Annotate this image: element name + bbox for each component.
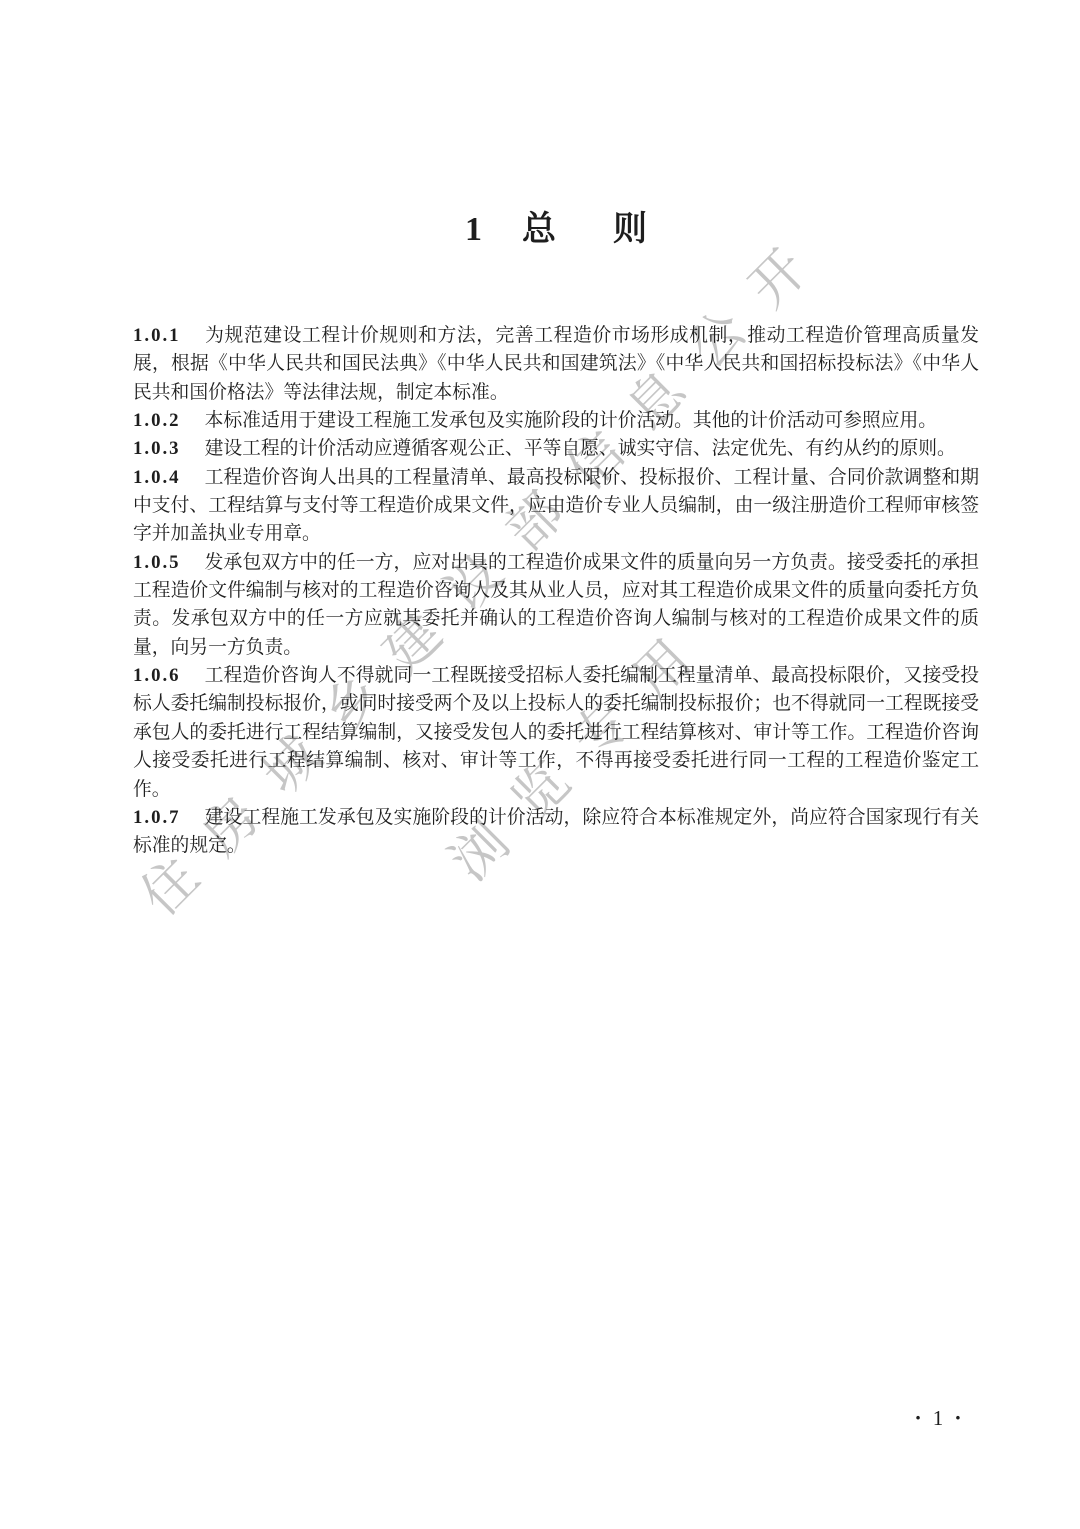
chapter-number: 1 (465, 211, 482, 248)
page-number-right-dot: · (954, 1405, 961, 1430)
clause-1-0-6: 1.0.6工程造价咨询人不得就同一工程既接受招标人委托编制工程量清单、最高投标限… (133, 662, 979, 804)
clause-label: 1.0.1 (133, 325, 181, 346)
page-number: ·1· (893, 1403, 983, 1433)
clause-1-0-4: 1.0.4工程造价咨询人出具的工程量清单、最高投标限价、投标报价、工程计量、合同… (133, 464, 979, 549)
clause-text: 工程造价咨询人不得就同一工程既接受招标人委托编制工程量清单、最高投标限价，又接受… (133, 665, 979, 799)
clause-text: 本标准适用于建设工程施工发承包及实施阶段的计价活动。其他的计价活动可参照应用。 (205, 410, 937, 431)
clause-1-0-1: 1.0.1为规范建设工程计价规则和方法，完善工程造价市场形成机制，推动工程造价管… (133, 322, 979, 407)
clause-text: 发承包双方中的任一方，应对出具的工程造价成果文件的质量向另一方负责。接受委托的承… (133, 552, 979, 658)
page-number-value: 1 (933, 1406, 944, 1430)
clause-label: 1.0.3 (133, 438, 181, 459)
clause-text: 建设工程施工发承包及实施阶段的计价活动，除应符合本标准规定外，尚应符合国家现行有… (133, 807, 979, 856)
clause-1-0-3: 1.0.3建设工程的计价活动应遵循客观公正、平等自愿、诚实守信、法定优先、有约从… (133, 435, 979, 463)
clause-1-0-7: 1.0.7建设工程施工发承包及实施阶段的计价活动，除应符合本标准规定外，尚应符合… (133, 804, 979, 861)
clause-label: 1.0.6 (133, 665, 181, 686)
clause-text: 为规范建设工程计价规则和方法，完善工程造价市场形成机制，推动工程造价管理高质量发… (133, 325, 979, 403)
clause-label: 1.0.4 (133, 467, 181, 488)
chapter-title-char-1: 总 (522, 211, 556, 248)
clause-1-0-2: 1.0.2本标准适用于建设工程施工发承包及实施阶段的计价活动。其他的计价活动可参… (133, 407, 979, 435)
clause-label: 1.0.5 (133, 552, 181, 573)
clause-label: 1.0.2 (133, 410, 181, 431)
page-number-left-dot: · (914, 1405, 921, 1430)
clause-1-0-5: 1.0.5发承包双方中的任一方，应对出具的工程造价成果文件的质量向另一方负责。接… (133, 549, 979, 662)
clause-list: 1.0.1为规范建设工程计价规则和方法，完善工程造价市场形成机制，推动工程造价管… (133, 322, 979, 861)
chapter-title-char-2: 则 (613, 211, 647, 248)
chapter-title: 1总则 (465, 210, 647, 250)
document-page: 住房城乡建设部信息公开 浏览专用 1总则 1.0.1为规范建设工程计价规则和方法… (0, 0, 1080, 1529)
clause-label: 1.0.7 (133, 807, 181, 828)
clause-text: 建设工程的计价活动应遵循客观公正、平等自愿、诚实守信、法定优先、有约从约的原则。 (205, 438, 956, 459)
clause-text: 工程造价咨询人出具的工程量清单、最高投标限价、投标报价、工程计量、合同价款调整和… (133, 467, 979, 545)
